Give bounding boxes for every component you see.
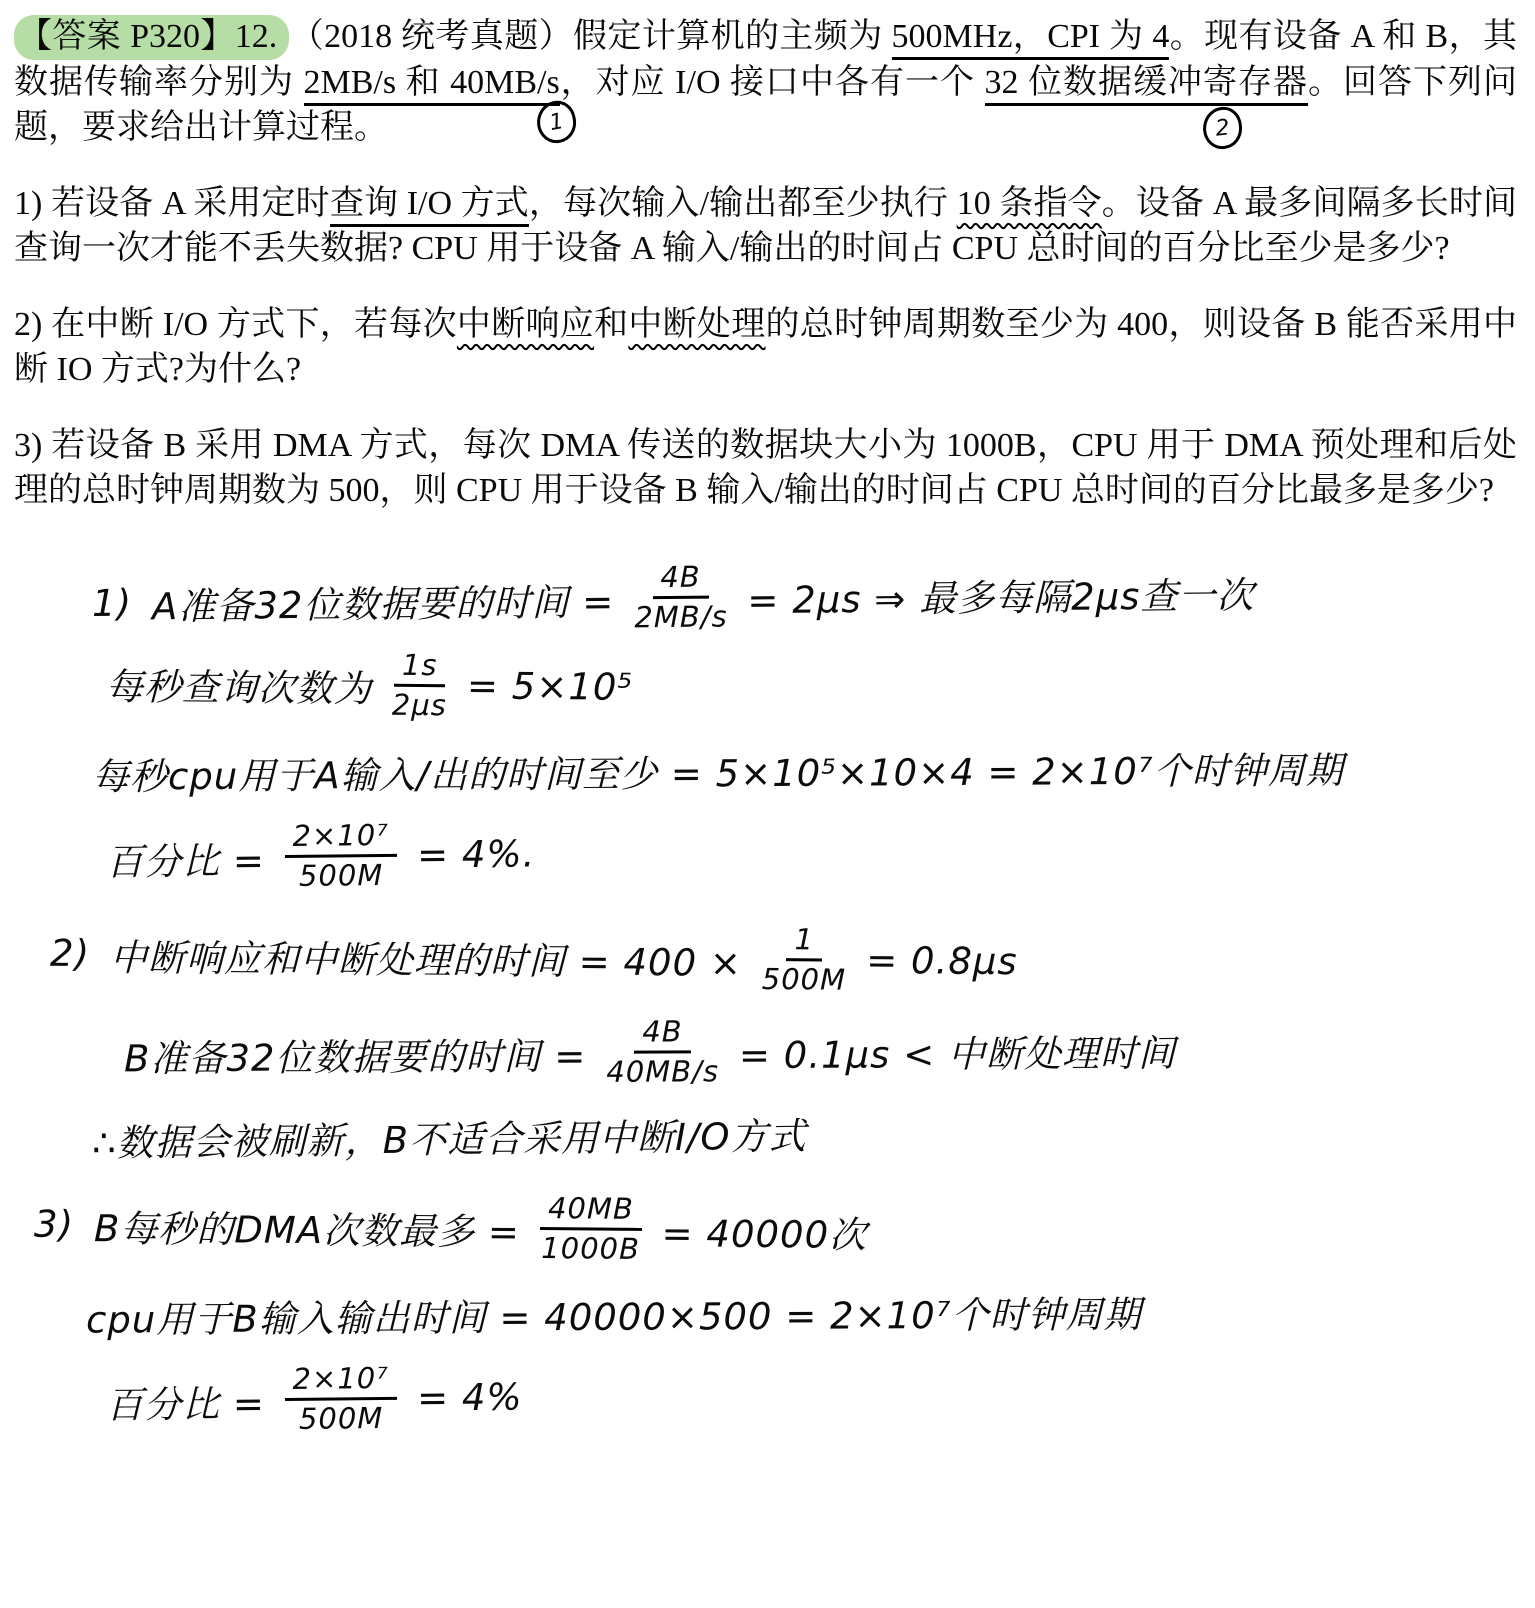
fraction-4b-over-40mbs: 4B40MB/s [606,1015,719,1089]
q1-underline-polling: 查询 I/O 方式 [330,185,529,227]
solution-3-line-1-text: B每秒的DMA次数最多 = [94,1198,520,1256]
fraction-2e7-over-500m-final: 2×10⁷500M [284,1362,397,1437]
solution-3-line-3-result: = 4% [417,1376,523,1420]
q1-text-1: 若设备 A 采用定时 [51,185,330,222]
q1-number: 1) [14,185,51,222]
question-2: 2) 在中断 I/O 方式下，若每次中断响应和中断处理的总时钟周期数至少为 40… [14,302,1517,393]
intro-underline-register: 32 位数据缓冲寄存器 [985,64,1309,106]
solution-1-line-4: 百分比 = 2×10⁷500M = 4%. [14,807,1518,896]
q3-text-1: 若设备 B 采用 DMA 方式，每次 DMA 传送的数据块大小为 1000B，C… [14,427,1517,510]
solution-1-line-2-result: = 5×10⁵ [467,664,634,708]
fraction-1-over-500m: 1500M [762,923,847,997]
solution-3-number: 3) [34,1203,74,1246]
solution-2-number: 2) [50,932,90,975]
intro-underline-rates: 2MB/s 和 40MB/s [304,64,560,106]
solution-1-line-4-result: = 4%. [417,833,536,877]
solution-1-line-3-text: 每秒cpu用于A输入/出的时间至少 = 5×10⁵×10×4 = 2×10⁷个时… [92,740,1344,801]
solution-1-line-2: 每秒查询次数为 1s2μs = 5×10⁵ [14,645,1518,732]
fraction-1s-over-2us: 1s2μs [392,648,448,722]
solution-2-line-2-text: B准备32位数据要的时间 = [124,1025,587,1081]
solution-3-line-3-text: 百分比 = [106,1373,265,1429]
solution-3-line-3: 百分比 = 2×10⁷500M = 4% [14,1350,1518,1439]
solution-2-line-2-result: = 0.1μs < 中断处理时间 [739,1022,1176,1078]
solution-1-line-4-text: 百分比 = [106,830,265,886]
solution-2-line-3: ∴数据会被刷新，B不适合采用中断I/O方式 [14,1098,1517,1168]
solution-2-line-1-text: 中断响应和中断处理的时间 = 400 × [110,927,742,987]
q1-wavy-instructions: 10 条指令 [957,185,1102,222]
intro-register-annotated: 32 位数据缓冲寄存器2 [985,64,1309,101]
solution-1-line-1-result: = 2μs ⇒ 最多每隔2μs查一次 [747,565,1255,624]
intro-underline-frequency: 500MHz，CPI 为 4 [892,18,1170,60]
q2-text-1: 在中断 I/O 方式下，若每次 [51,306,457,343]
q3-number: 3) [14,427,51,464]
solution-1-line-1: 1) A准备32位数据要的时间 = 4B2MB/s = 2μs ⇒ 最多每隔2μ… [14,552,1518,641]
fraction-4b-over-2mbs: 4B2MB/s [634,560,728,635]
solution-3-line-2: cpu用于B输入输出时间 = 40000×500 = 2×10⁷个时钟周期 [14,1282,1517,1344]
solution-1-line-2-text: 每秒查询次数为 [106,656,372,712]
solution-2-line-1: 2) 中断响应和中断处理的时间 = 400 × 1500M = 0.8μs [14,916,1518,1003]
question-1: 1) 若设备 A 采用定时查询 I/O 方式，每次输入/输出都至少执行 10 条… [14,181,1517,272]
q2-wavy-interrupt-handling: 中断处理 [628,306,765,343]
solution-3-line-1: 3) B每秒的DMA次数最多 = 40MB1000B = 40000次 [14,1188,1518,1275]
solution-2-line-2: B准备32位数据要的时间 = 4B40MB/s = 0.1μs < 中断处理时间 [14,1011,1517,1093]
q2-text-2: 和 [594,306,628,343]
intro-text-3: ，对应 I/O 接口中各有一个 [560,64,985,101]
intro-paragraph: 【答案 P320】12.（2018 统考真题）假定计算机的主频为 500MHz，… [14,14,1517,151]
q1-text-2: ，每次输入/输出都至少执行 [529,185,957,222]
intro-rate-annotated: 2MB/s 和 40MB/s1 [304,64,560,101]
solution-3-line-1-result: = 40000次 [661,1203,867,1259]
handwritten-solution: 1) A准备32位数据要的时间 = 4B2MB/s = 2μs ⇒ 最多每隔2μ… [14,560,1517,1432]
q2-wavy-interrupt-response: 中断响应 [457,306,594,343]
solution-2-line-1-result: = 0.8μs [866,939,1018,983]
solution-1-line-1-text: A准备32位数据要的时间 = [152,571,615,630]
question-3: 3) 若设备 B 采用 DMA 方式，每次 DMA 传送的数据块大小为 1000… [14,423,1517,514]
fraction-40mb-over-1000b: 40MB1000B [540,1192,642,1267]
answer-page-badge: 【答案 P320】12. [14,15,289,60]
solution-3-line-2-text: cpu用于B输入输出时间 = 40000×500 = 2×10⁷个时钟周期 [86,1284,1142,1344]
solution-2-line-3-text: ∴数据会被刷新，B不适合采用中断I/O方式 [92,1106,807,1167]
solution-1-line-3: 每秒cpu用于A输入/出的时间至少 = 5×10⁵×10×4 = 2×10⁷个时… [14,739,1517,801]
solution-1-number: 1) [92,582,132,625]
q2-number: 2) [14,306,51,343]
fraction-2e7-over-500m: 2×10⁷500M [284,819,397,894]
intro-text-1: （2018 统考真题）假定计算机的主频为 [289,18,891,55]
circled-2-annotation: 2 [1201,105,1244,151]
document-page: 【答案 P320】12.（2018 统考真题）假定计算机的主频为 500MHz，… [0,0,1535,1608]
